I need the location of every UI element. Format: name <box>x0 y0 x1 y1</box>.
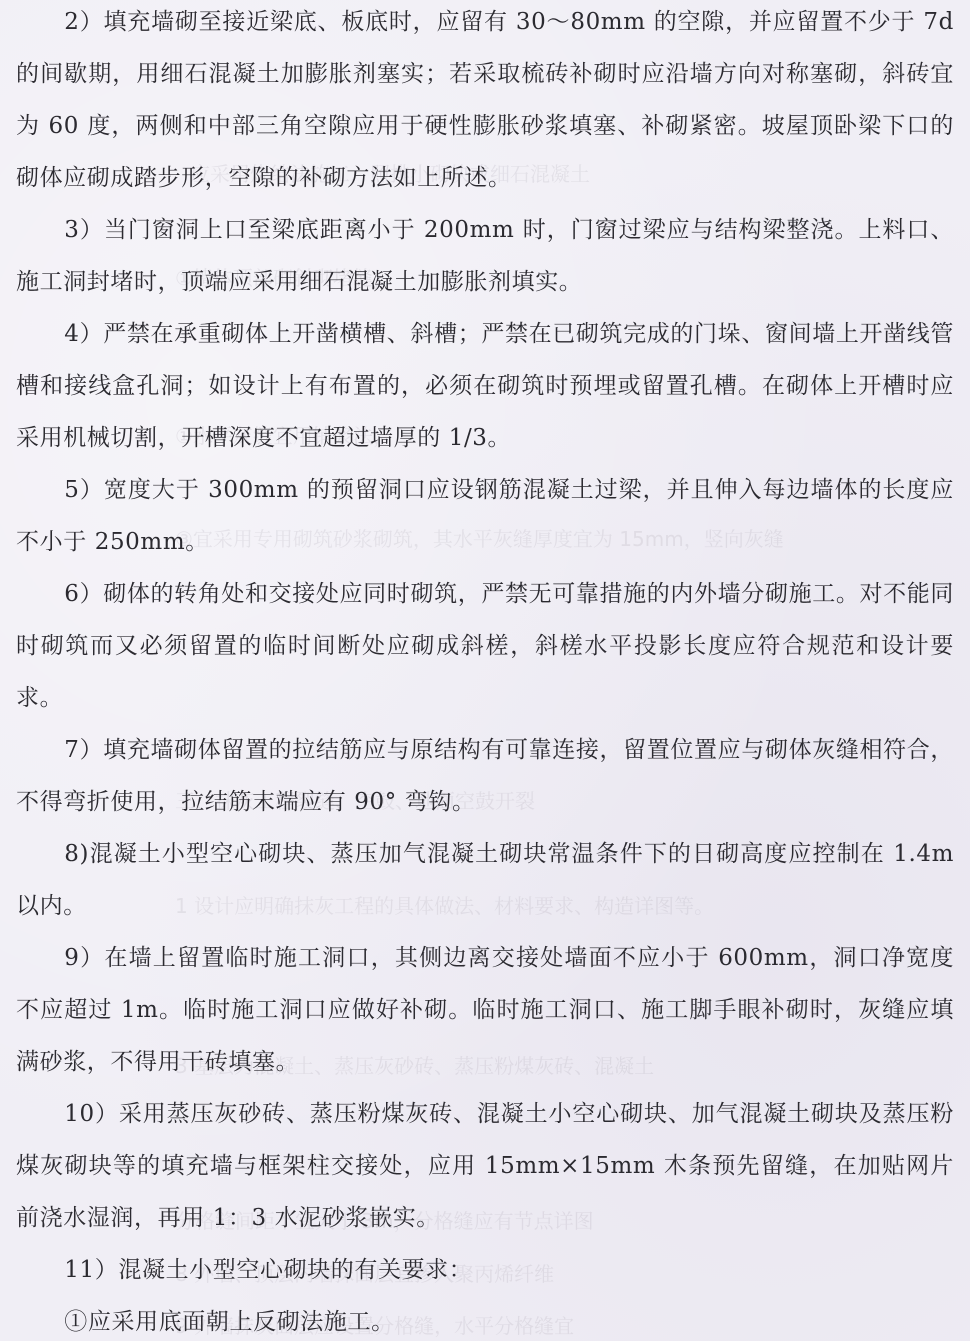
paragraph-item-8: 8)混凝土小型空心砌块、蒸压加气混凝土砌块常温条件下的日砌高度应控制在 1.4m… <box>16 828 954 932</box>
paragraph-item-4: 4）严禁在承重砌体上开凿横槽、斜槽；严禁在已砌筑完成的门垛、窗间墙上开凿线管槽和… <box>16 308 954 464</box>
document-page: 2）填充墙砌至接近梁底、板底时，应留有 30～80mm 的空隙，并应留置不少于 … <box>16 0 954 1341</box>
paragraph-item-6: 6）砌体的转角处和交接处应同时砌筑，严禁无可靠措施的内外墙分砌施工。对不能同时砌… <box>16 568 954 724</box>
paragraph-item-9: 9）在墙上留置临时施工洞口，其侧边离交接处墙面不应小于 600mm，洞口净宽度不… <box>16 932 954 1088</box>
paragraph-item-5: 5）宽度大于 300mm 的预留洞口应设钢筋混凝土过梁，并且伸入每边墙体的长度应… <box>16 464 954 568</box>
paragraph-item-11: 11）混凝土小型空心砌块的有关要求： <box>16 1244 954 1296</box>
paragraph-item-2: 2）填充墙砌至接近梁底、板底时，应留有 30～80mm 的空隙，并应留置不少于 … <box>16 0 954 204</box>
paragraph-item-11-1: ①应采用底面朝上反砌法施工。 <box>16 1296 954 1341</box>
paragraph-item-10: 10）采用蒸压灰砂砖、蒸压粉煤灰砖、混凝土小空心砌块、加气混凝土砌块及蒸压粉煤灰… <box>16 1088 954 1244</box>
paragraph-item-3: 3）当门窗洞上口至梁底距离小于 200mm 时，门窗过梁应与结构梁整浇。上料口、… <box>16 204 954 308</box>
paragraph-item-7: 7）填充墙砌体留置的拉结筋应与原结构有可靠连接，留置位置应与砌体灰缝相符合，不得… <box>16 724 954 828</box>
